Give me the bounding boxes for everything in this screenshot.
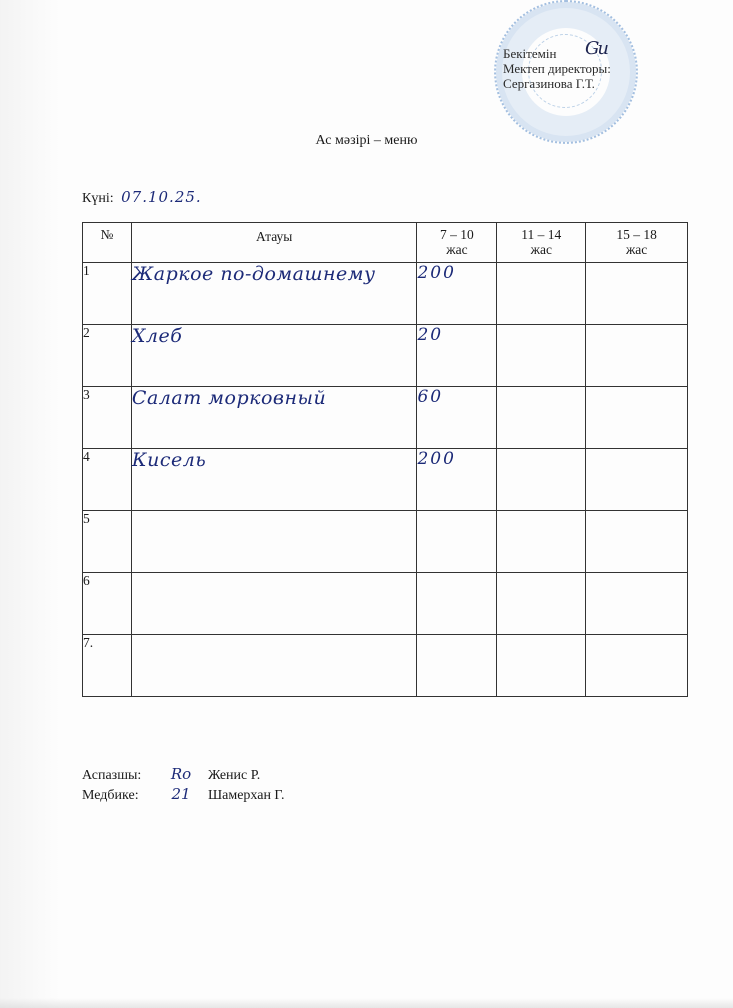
row-number: 6 [83,573,90,588]
age-unit: жас [497,242,585,257]
portion-7-10: 200 [417,263,455,283]
row-number: 3 [83,387,90,402]
signatures-block: Аспазшы:RoЖенис Р. Медбике:21Шамерхан Г. [82,765,284,805]
row-number-cell: 4 [83,449,132,511]
person-name: Шамерхан Г. [208,788,284,803]
portion-15-18-cell [586,635,688,697]
table-row: 1Жаркое по-домашнему200 [83,263,688,325]
row-number: 5 [83,511,90,526]
age-unit: жас [417,242,496,257]
portion-11-14-cell [497,635,586,697]
portion-7-10-cell [417,573,497,635]
dish-name-cell: Жаркое по-домашнему [131,263,417,325]
portion-15-18-cell [586,573,688,635]
dish-name-cell: Кисель [131,449,417,511]
portion-15-18-cell [586,449,688,511]
dish-name-cell [131,573,417,635]
date-label: Күні: [82,191,114,206]
header-age-11-14: 11 – 14 жас [497,223,586,263]
row-number-cell: 7. [83,635,132,697]
role-label: Аспазшы: [82,766,160,785]
signature-cook: Аспазшы:RoЖенис Р. [82,765,284,785]
row-number: 1 [83,263,90,278]
row-number: 4 [83,449,90,464]
approval-line-director-name: Сергазинова Г.Т. [503,76,611,91]
portion-7-10-cell: 60 [417,387,497,449]
director-signature: Gu [585,38,607,59]
portion-15-18-cell [586,511,688,573]
portion-11-14-cell [497,387,586,449]
header-age-15-18: 15 – 18 жас [586,223,688,263]
portion-11-14-cell [497,573,586,635]
table-row: 3Салат морковный60 [83,387,688,449]
portion-7-10-cell: 200 [417,449,497,511]
row-number: 2 [83,325,90,340]
table-row: 4Кисель200 [83,449,688,511]
dish-name: Хлеб [132,325,182,347]
header-age-7-10: 7 – 10 жас [417,223,497,263]
dish-name: Кисель [132,449,206,471]
portion-11-14-cell [497,263,586,325]
age-range: 11 – 14 [497,227,585,242]
role-label: Медбике: [82,786,160,805]
portion-7-10-cell: 200 [417,263,497,325]
portion-7-10: 200 [417,449,455,469]
row-number-cell: 3 [83,387,132,449]
date-line: Күні: 07.10.25. [82,188,202,207]
age-range: 7 – 10 [417,227,496,242]
portion-11-14-cell [497,511,586,573]
dish-name-cell: Салат морковный [131,387,417,449]
scan-bottom-edge [0,998,733,1008]
row-number-cell: 1 [83,263,132,325]
age-range: 15 – 18 [586,227,687,242]
portion-11-14-cell [497,325,586,387]
portion-15-18-cell [586,263,688,325]
menu-table: № Атауы 7 – 10 жас 11 – 14 жас 15 – 18 ж… [82,222,688,697]
dish-name-cell [131,511,417,573]
header-no: № [83,223,132,263]
portion-7-10-cell [417,635,497,697]
handwritten-signature: 21 [160,785,202,804]
portion-7-10-cell [417,511,497,573]
portion-15-18-cell [586,325,688,387]
portion-7-10: 20 [417,325,443,345]
person-name: Женис Р. [208,768,260,783]
scan-shadow [0,0,60,1008]
table-row: 6 [83,573,688,635]
row-number-cell: 6 [83,573,132,635]
dish-name: Салат морковный [132,387,326,409]
age-unit: жас [586,242,687,257]
portion-15-18-cell [586,387,688,449]
dish-name: Жаркое по-домашнему [132,263,376,285]
table-row: 2Хлеб20 [83,325,688,387]
document-title: Ас мәзірі – меню [0,133,733,149]
approval-line-position: Мектеп директоры: [503,61,611,76]
date-value: 07.10.25. [121,188,202,206]
dish-name-cell [131,635,417,697]
dish-name-cell: Хлеб [131,325,417,387]
row-number: 7. [83,635,93,650]
row-number-cell: 2 [83,325,132,387]
row-number-cell: 5 [83,511,132,573]
portion-11-14-cell [497,449,586,511]
table-row: 5 [83,511,688,573]
table-row: 7. [83,635,688,697]
portion-7-10: 60 [417,387,443,407]
header-name: Атауы [131,223,417,263]
handwritten-signature: Ro [160,765,202,784]
portion-7-10-cell: 20 [417,325,497,387]
table-header-row: № Атауы 7 – 10 жас 11 – 14 жас 15 – 18 ж… [83,223,688,263]
signature-nurse: Медбике:21Шамерхан Г. [82,785,284,805]
